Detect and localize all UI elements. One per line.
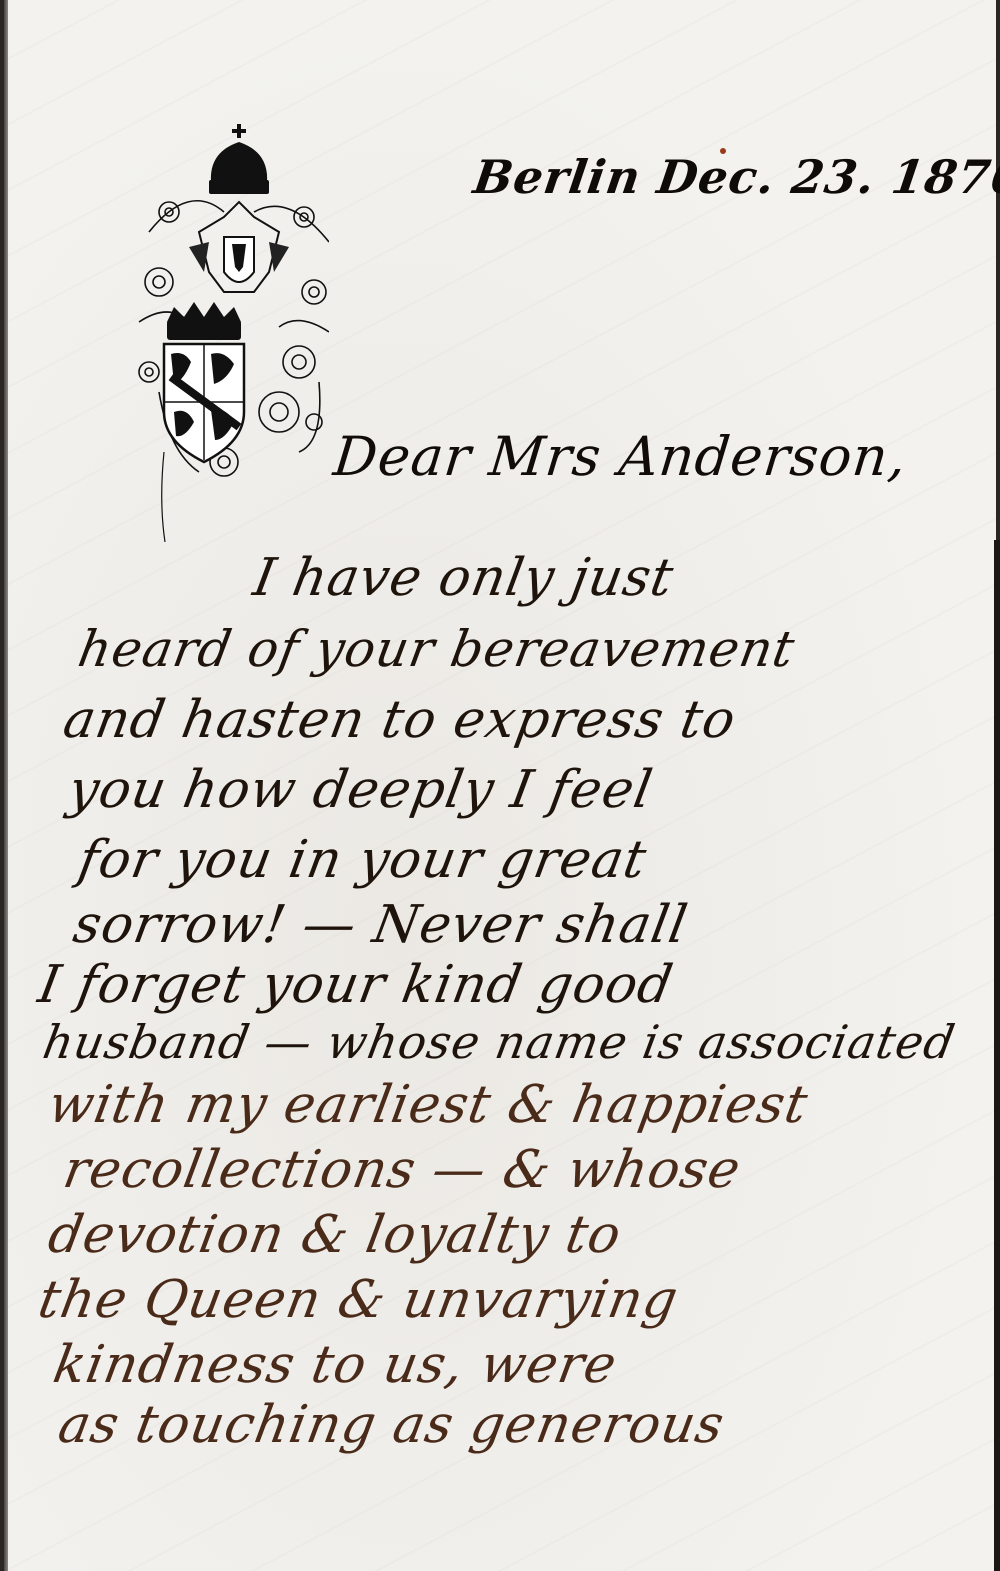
body-line: recollections — & whose <box>59 1140 745 1200</box>
coronet-icon <box>167 302 241 340</box>
prussian-eagle-icon <box>189 202 289 292</box>
body-line: devotion & loyalty to <box>44 1205 626 1265</box>
body-line: I have only just <box>249 548 678 608</box>
royal-coat-of-arms-icon <box>129 122 329 542</box>
body-line: husband — whose name is associated <box>39 1015 960 1069</box>
body-line: with my earliest & happiest <box>44 1075 813 1135</box>
dateline: Berlin Dec. 23. 1876. <box>470 150 1000 204</box>
body-line: and hasten to express to <box>59 690 741 750</box>
body-line: sorrow! — Never shall <box>69 895 692 955</box>
letter-sheet: Berlin Dec. 23. 1876. Dear Mrs Anderson,… <box>4 0 996 1571</box>
paper-left-edge <box>4 0 8 1571</box>
body-line: as touching as generous <box>54 1395 729 1455</box>
paper-right-edge <box>994 540 1000 1571</box>
imperial-crown-icon <box>209 124 269 194</box>
salutation: Dear Mrs Anderson, <box>331 425 910 488</box>
body-line: I forget your kind good <box>34 955 678 1015</box>
body-line: heard of your bereavement <box>74 620 800 678</box>
body-line: the Queen & unvarying <box>34 1270 683 1330</box>
body-line: for you in your great <box>74 830 651 890</box>
body-line: you how deeply I feel <box>64 760 657 820</box>
body-line: kindness to us, were <box>49 1335 622 1395</box>
